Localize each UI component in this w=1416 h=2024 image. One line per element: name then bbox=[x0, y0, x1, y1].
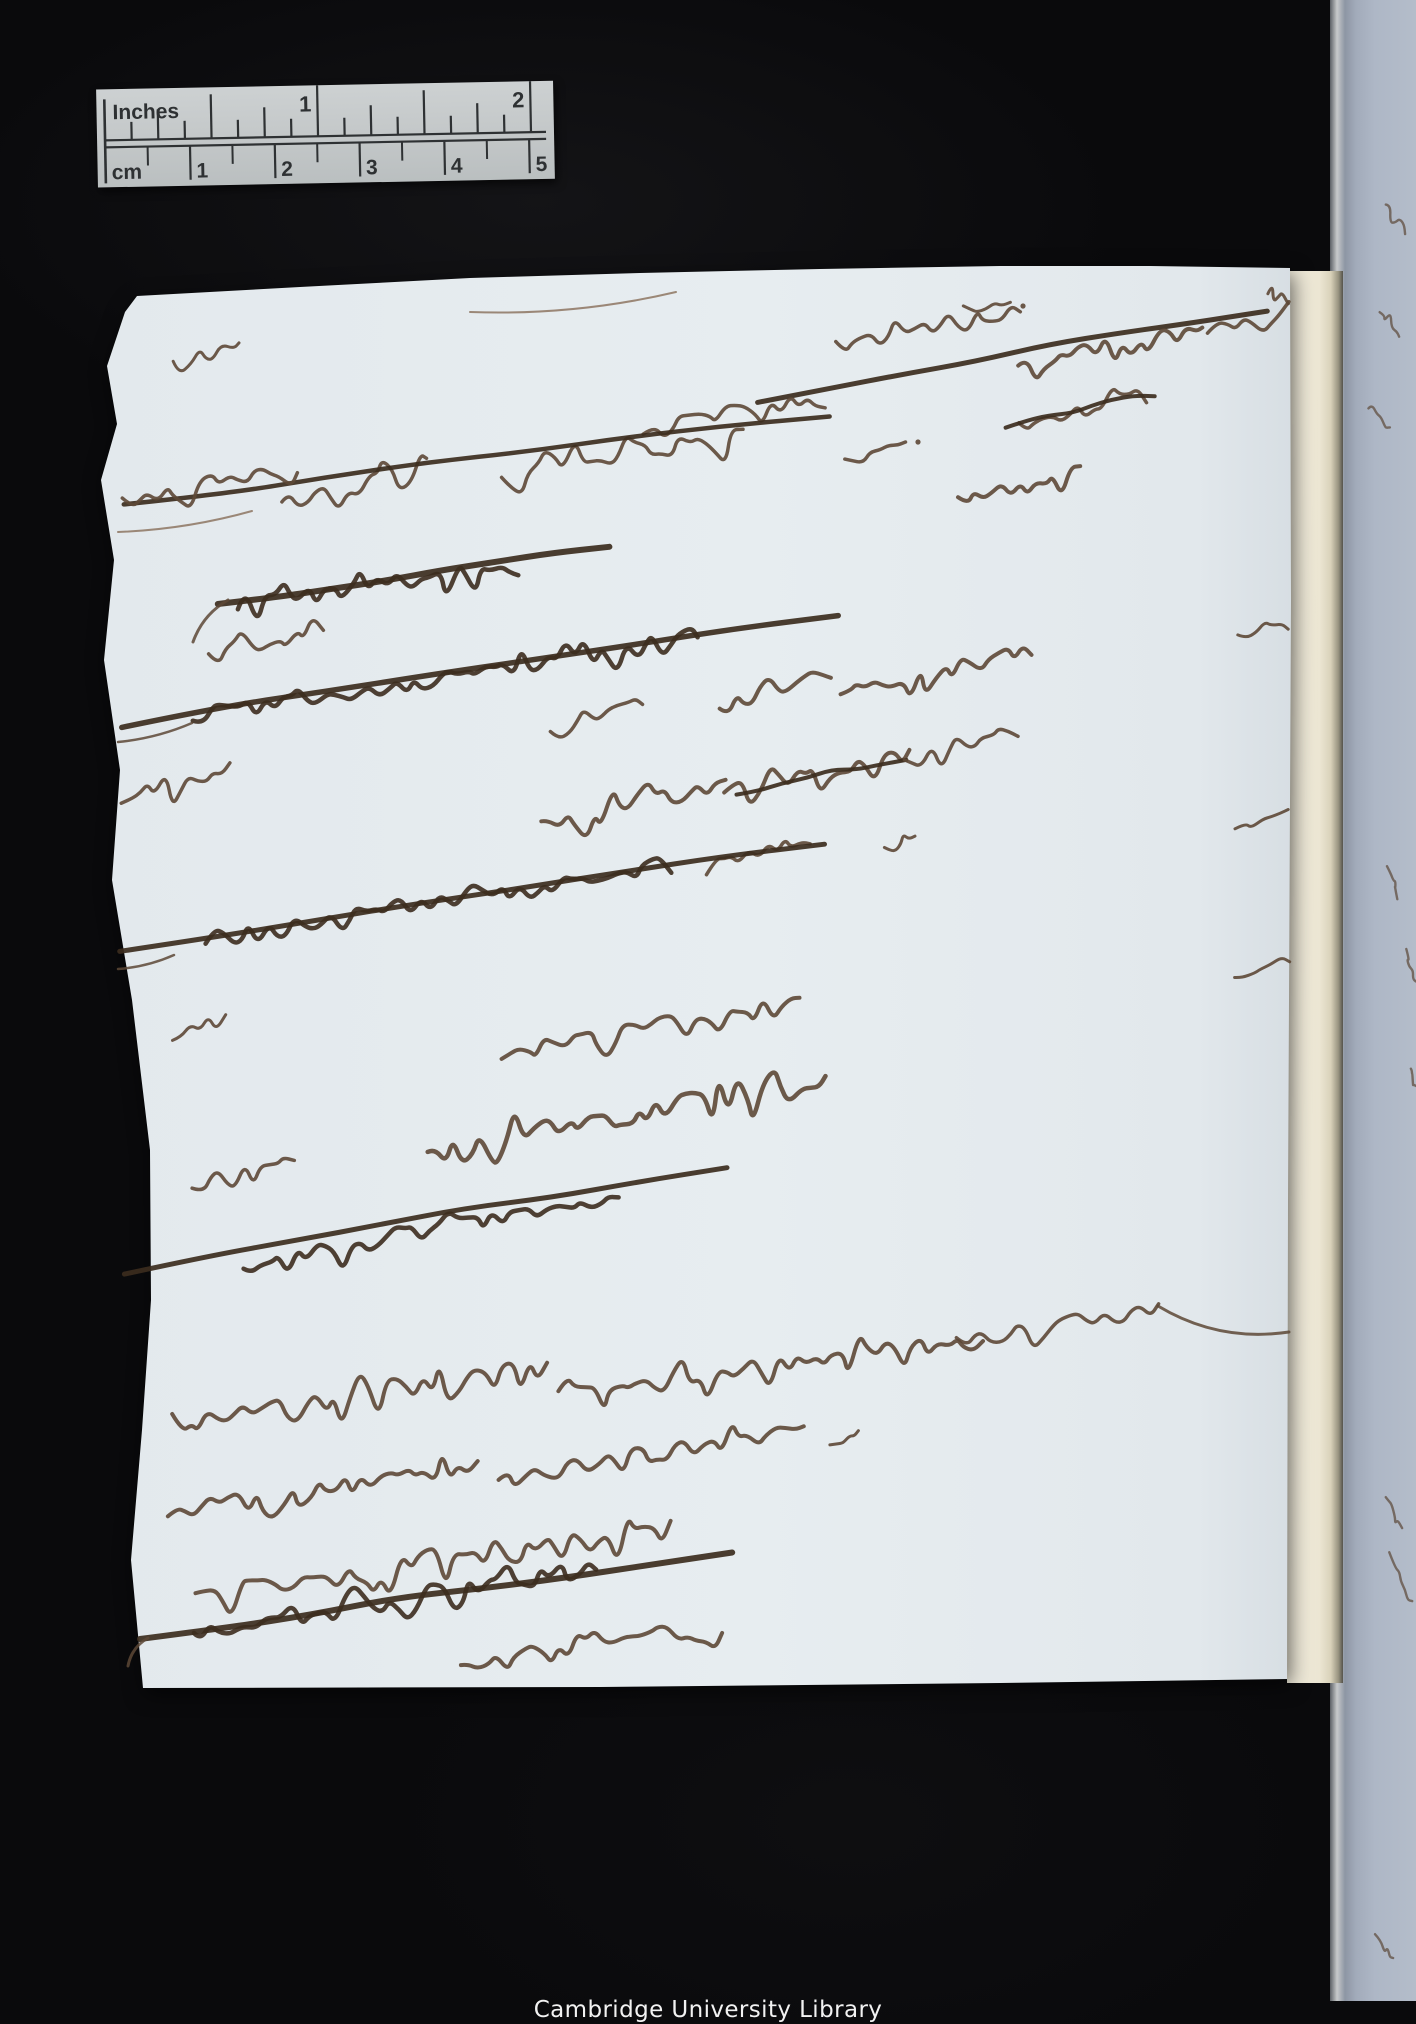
library-caption: Cambridge University Library bbox=[0, 1997, 1416, 2023]
adjacent-page-handwriting bbox=[1368, 205, 1416, 1958]
manuscript-scene bbox=[0, 0, 1416, 2024]
ruler-inches-label: Inches bbox=[112, 100, 179, 124]
ruler-cm-number: 3 bbox=[366, 156, 378, 179]
ruler-cm-number: 2 bbox=[281, 158, 293, 181]
photograph-stage: 1212345Inchescm Cambridge University Lib… bbox=[0, 0, 1416, 2024]
ruler-cm-label: cm bbox=[111, 161, 142, 185]
ruler-cm-number: 5 bbox=[535, 153, 547, 176]
ruler-cm-number: 4 bbox=[451, 154, 463, 177]
measurement-scale-ruler: 1212345Inchescm bbox=[96, 81, 555, 188]
ruler-cm-number: 1 bbox=[196, 159, 208, 182]
ruler-inch-number: 1 bbox=[299, 91, 312, 116]
ruler-inch-number: 2 bbox=[512, 87, 525, 112]
